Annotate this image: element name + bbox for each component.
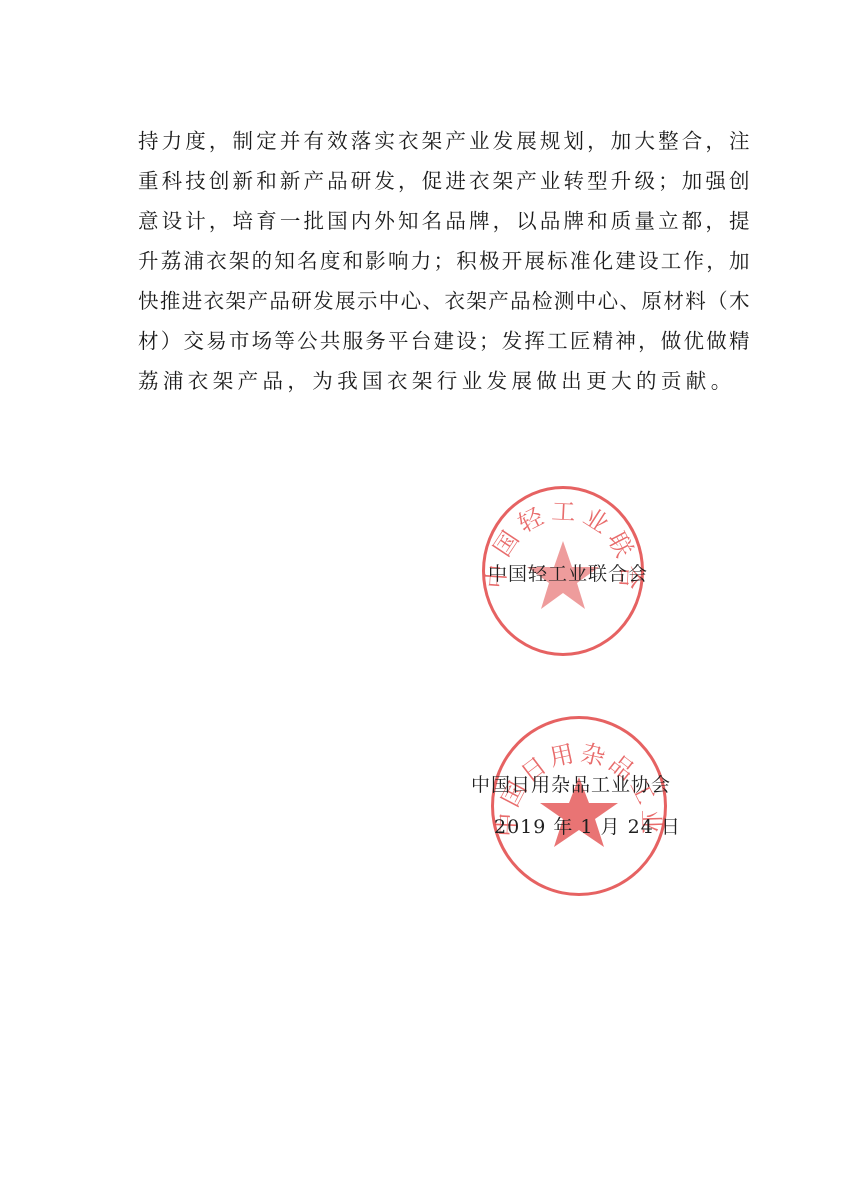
official-seal-cdgia: 中国日用杂品工业协会 — [491, 716, 667, 896]
paragraph-line: 意设计，培育一批国内外知名品牌，以品牌和质量立都，提 — [138, 206, 750, 236]
paragraph-line: 快推进衣架产品研发展示中心、衣架产品检测中心、原材料（木 — [138, 286, 750, 316]
signatory-org-2: 中国日用杂品工业协会 — [471, 773, 671, 797]
signature-date: 2019 年 1 月 24 日 — [494, 815, 681, 839]
paragraph-line: 升荔浦衣架的知名度和影响力；积极开展标准化建设工作，加 — [138, 246, 750, 276]
paragraph-line: 材）交易市场等公共服务平台建设；发挥工匠精神，做优做精 — [138, 326, 750, 356]
signatory-org-1: 中国轻工业联合会 — [488, 562, 648, 586]
paragraph-line: 持力度，制定并有效落实衣架产业发展规划，加大整合，注 — [138, 126, 750, 156]
paragraph-line: 荔浦衣架产品，为我国衣架行业发展做出更大的贡献。 — [138, 366, 750, 396]
seal-star-icon: 中国日用杂品工业协会 — [494, 719, 664, 893]
document-page: 持力度，制定并有效落实衣架产业发展规划，加大整合，注 重科技创新和新产品研发，促… — [0, 0, 848, 1200]
paragraph-line: 重科技创新和新产品研发，促进衣架产业转型升级；加强创 — [138, 166, 750, 196]
